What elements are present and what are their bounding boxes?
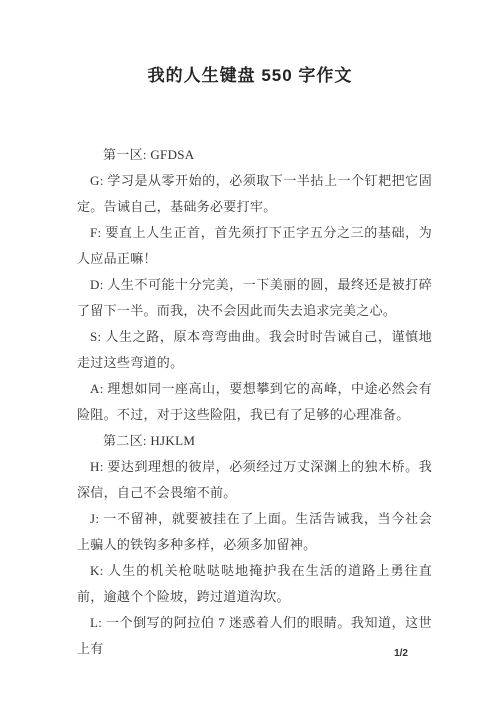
essay-paragraph: F: 要直上人生正首，首先须打下正字五分之三的基础，为人应品正嘛！ — [77, 220, 432, 272]
essay-paragraph: J: 一不留神，就要被挂在了上面。生活告诫我，当今社会上骗人的铁钩多种多样，必须… — [77, 506, 432, 558]
essay-body: 第一区: GFDSAG: 学习是从零开始的，必须取下一半拈上一个钉耙把它固定。告… — [0, 142, 500, 662]
essay-paragraph: A: 理想如同一座高山，要想攀到它的高峰，中途必然会有险阻。不过，对于这些险阻，… — [77, 376, 432, 428]
essay-paragraph: D: 人生不可能十分完美，一下美丽的圆，最终还是被打碎了留下一半。而我，决不会因… — [77, 272, 432, 324]
essay-paragraph: 第一区: GFDSA — [77, 142, 432, 168]
essay-paragraph: 第二区: HJKLM — [77, 428, 432, 454]
essay-paragraph: S: 人生之路，原本弯弯曲曲。我会时时告诫自己，谨慎地走过这些弯道的。 — [77, 324, 432, 376]
essay-paragraph: L: 一个倒写的阿拉伯 7 迷惑着人们的眼睛。我知道，这世上有 — [77, 610, 432, 662]
page-number: 1/2 — [394, 648, 408, 659]
document-page: 我的人生键盘 550 字作文 第一区: GFDSAG: 学习是从零开始的，必须取… — [0, 0, 500, 707]
essay-paragraph: K: 人生的机关枪哒哒哒地掩护我在生活的道路上勇往直前，逾越个个险坡，跨过道道沟… — [77, 558, 432, 610]
essay-paragraph: H: 要达到理想的彼岸，必须经过万丈深渊上的独木桥。我深信，自己不会畏缩不前。 — [77, 454, 432, 506]
essay-title: 我的人生键盘 550 字作文 — [0, 0, 500, 88]
essay-paragraph: G: 学习是从零开始的，必须取下一半拈上一个钉耙把它固定。告诫自己，基础务必要打… — [77, 168, 432, 220]
